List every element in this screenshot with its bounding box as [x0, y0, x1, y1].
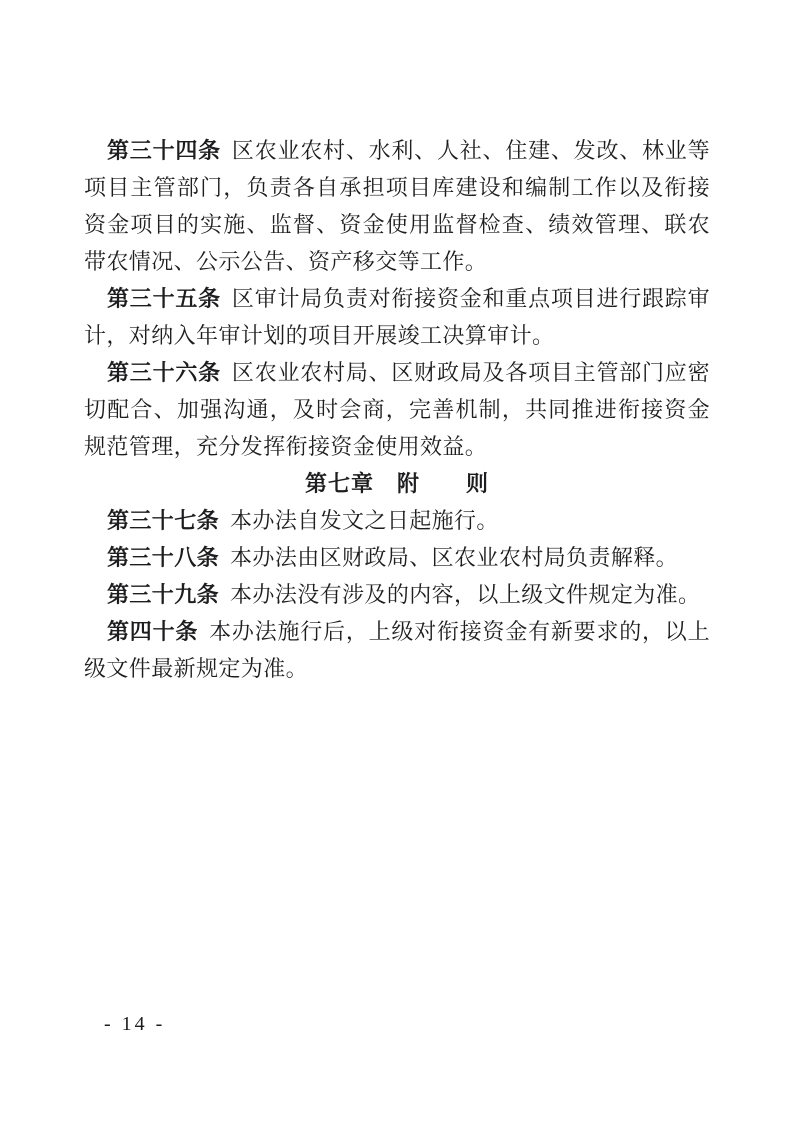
- article-paragraph-36: 第三十六条区农业农村局、区财政局及各项目主管部门应密切配合、加强沟通，及时会商，…: [84, 354, 710, 465]
- article-number: 第三十七条: [107, 508, 219, 533]
- article-paragraph-40: 第四十条本办法施行后，上级对衔接资金有新要求的，以上级文件最新规定为准。: [84, 613, 710, 687]
- document-page: 第三十四条区农业农村、水利、人社、住建、发改、林业等项目主管部门，负责各自承担项…: [0, 0, 792, 1121]
- chapter-heading: 第七章 附 则: [84, 465, 710, 502]
- article-number: 第三十四条: [107, 138, 221, 163]
- article-paragraph-37: 第三十七条本办法自发文之日起施行。: [84, 502, 710, 539]
- article-text: 本办法由区财政局、区农业农村局负责解释。: [230, 545, 678, 570]
- article-paragraph-35: 第三十五条区审计局负责对衔接资金和重点项目进行跟踪审计，对纳入年审计划的项目开展…: [84, 280, 710, 354]
- article-paragraph-34: 第三十四条区农业农村、水利、人社、住建、发改、林业等项目主管部门，负责各自承担项…: [84, 132, 710, 280]
- article-number: 第三十九条: [107, 582, 219, 607]
- article-number: 第三十八条: [107, 545, 219, 570]
- page-footer: - 14 -: [104, 1013, 165, 1036]
- article-text: 本办法自发文之日起施行。: [230, 508, 499, 533]
- article-text: 本办法没有涉及的内容，以上级文件规定为准。: [230, 582, 700, 607]
- page-number: - 14 -: [104, 1013, 165, 1035]
- article-number: 第四十条: [107, 619, 198, 644]
- article-number: 第三十六条: [107, 360, 221, 385]
- document-body: 第三十四条区农业农村、水利、人社、住建、发改、林业等项目主管部门，负责各自承担项…: [84, 132, 710, 687]
- article-paragraph-38: 第三十八条本办法由区财政局、区农业农村局负责解释。: [84, 539, 710, 576]
- article-number: 第三十五条: [107, 286, 221, 311]
- article-paragraph-39: 第三十九条本办法没有涉及的内容，以上级文件规定为准。: [84, 576, 710, 613]
